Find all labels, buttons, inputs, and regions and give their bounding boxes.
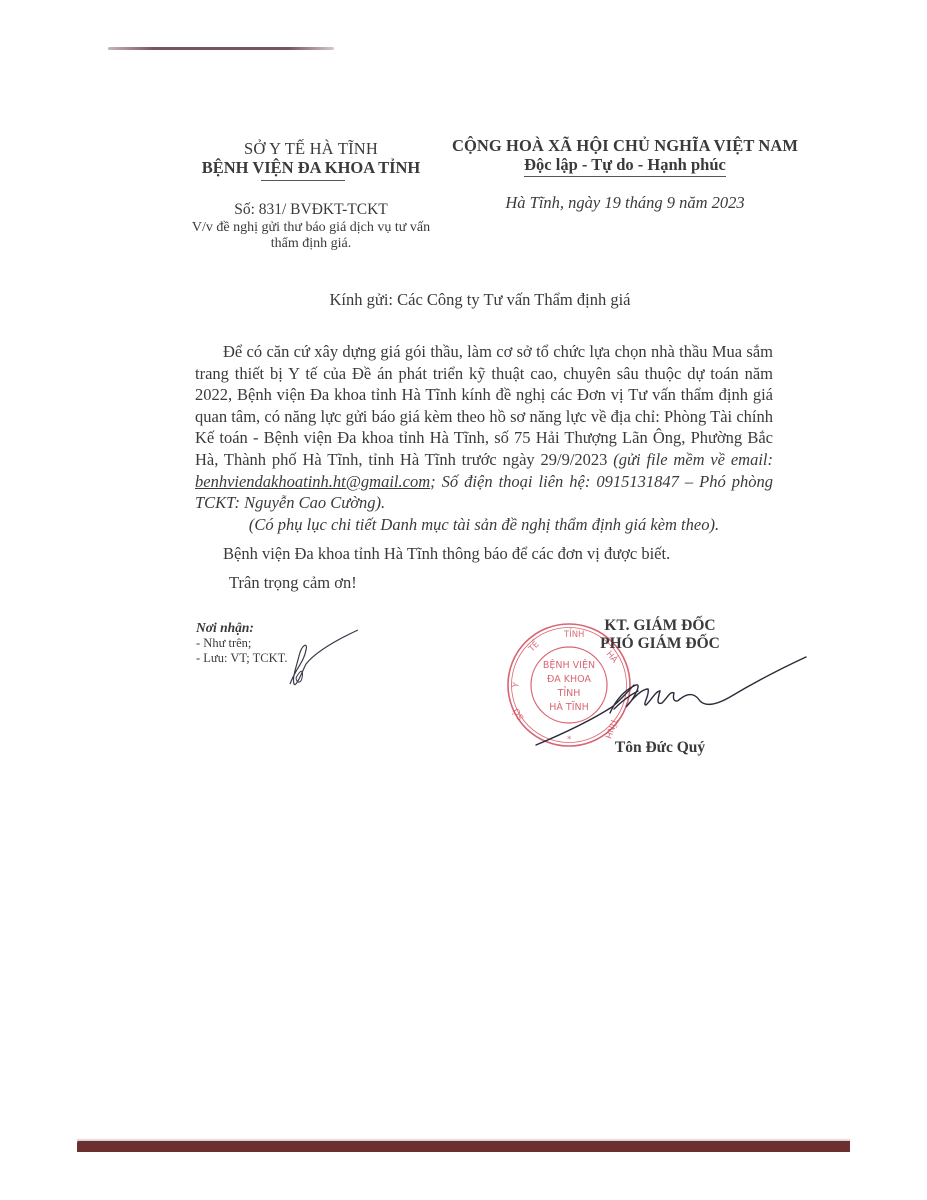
agency-name: SỞ Y TẾ HÀ TĨNH: [180, 140, 442, 158]
signer-role-1: KT. GIÁM ĐỐC: [560, 617, 760, 635]
national-motto: Độc lập - Tự do - Hạnh phúc: [524, 155, 726, 177]
letter-body: Để có căn cứ xây dựng giá gói thầu, làm …: [195, 341, 773, 594]
closing-line: Trân trọng cảm ơn!: [195, 572, 773, 594]
issuer-underline: [261, 180, 345, 181]
top-scan-rule: [108, 47, 334, 50]
svg-text:Y: Y: [511, 681, 522, 690]
hospital-name: BỆNH VIỆN ĐA KHOA TỈNH: [180, 158, 442, 177]
subject-line: V/v đề nghị gửi thư báo giá dịch vụ tư v…: [186, 220, 436, 252]
annex-note: (Có phụ lục chi tiết Danh mục tài sản đề…: [195, 514, 773, 536]
reference-number: Số: 831/ BVĐKT-TCKT: [180, 201, 442, 219]
place-date: Hà Tĩnh, ngày 19 tháng 9 năm 2023: [440, 193, 810, 212]
email-link[interactable]: benhviendakhoatinh.ht@gmail.com: [195, 472, 430, 491]
signer-role-2: PHÓ GIÁM ĐỐC: [560, 635, 760, 653]
notice-paragraph: Bệnh viện Đa khoa tỉnh Hà Tĩnh thông báo…: [195, 543, 773, 565]
contact-prefix: (gửi file mềm về email:: [607, 450, 773, 469]
handwritten-signature-icon: [530, 655, 810, 750]
main-paragraph: Để có căn cứ xây dựng giá gói thầu, làm …: [195, 341, 773, 514]
initial-signature-icon: [282, 628, 362, 690]
national-header: CỘNG HOÀ XÃ HỘI CHỦ NGHĨA VIỆT NAM Độc l…: [440, 136, 810, 212]
nation-title: CỘNG HOÀ XÃ HỘI CHỦ NGHĨA VIỆT NAM: [440, 136, 810, 155]
issuer-header: SỞ Y TẾ HÀ TĨNH BỆNH VIỆN ĐA KHOA TỈNH S…: [180, 140, 442, 252]
page-bottom-edge: [77, 1141, 850, 1152]
recipient-line: Kính gửi: Các Công ty Tư vấn Thẩm định g…: [180, 290, 780, 310]
